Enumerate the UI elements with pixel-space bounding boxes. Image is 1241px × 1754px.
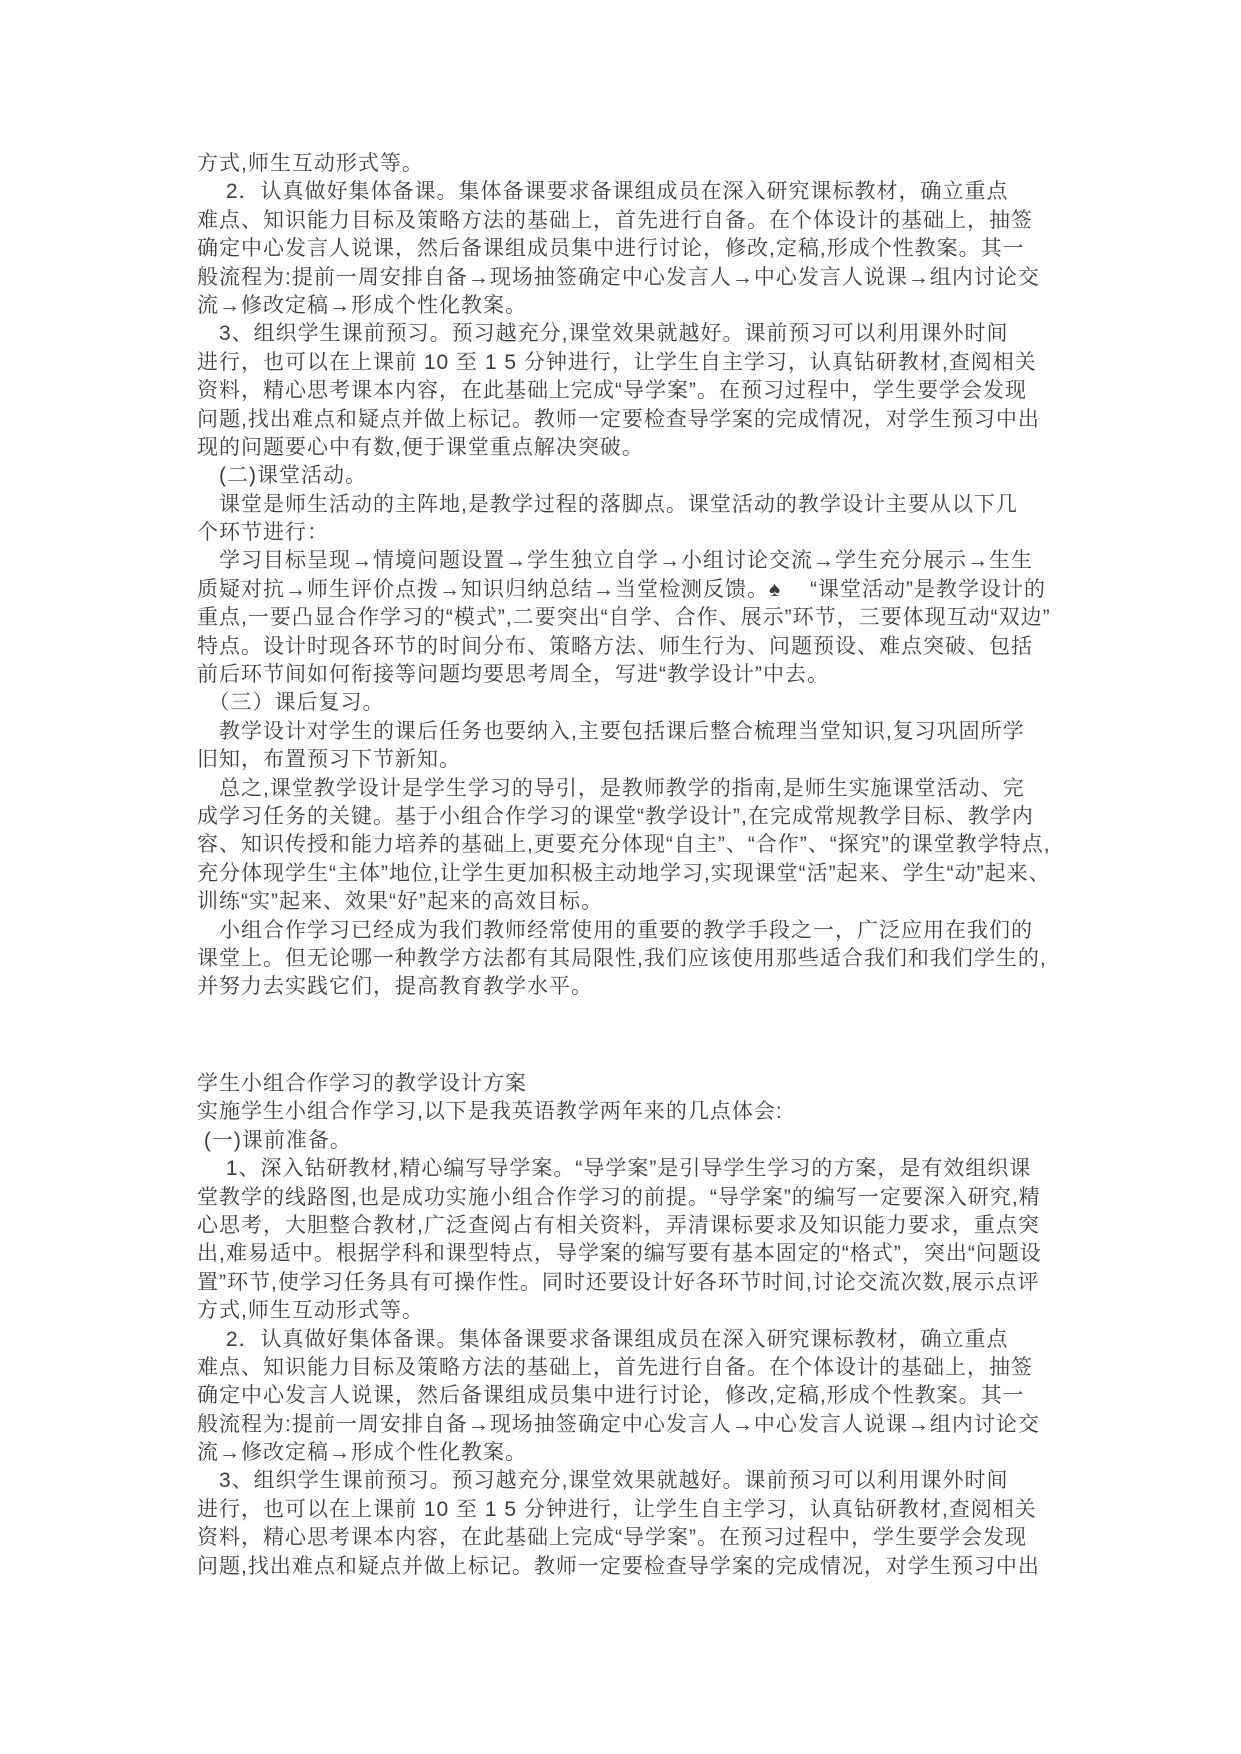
text-line: 教学设计对学生的课后任务也要纳入,主要包括课后整合梳理当堂知识,复习巩固所学 — [197, 718, 1097, 746]
text-line: 质疑对抗→师生评价点拨→知识归纳总结→当堂检测反馈。♠ “课堂活动”是教学设计的 — [197, 576, 1097, 604]
text-line: (二)课堂活动。 — [197, 462, 1097, 490]
text-line: 堂教学的线路图,也是成功实施小组合作学习的前提。“导学案”的编写一定要深入研究,… — [197, 1184, 1097, 1212]
text-line: 小组合作学习已经成为我们教师经常使用的重要的教学手段之一，广泛应用在我们的 — [197, 917, 1097, 945]
text-line: 总之,课堂教学设计是学生学习的导引，是教师教学的指南,是师生实施课堂活动、完 — [197, 775, 1097, 803]
text-line: 课堂是师生活动的主阵地,是教学过程的落脚点。课堂活动的教学设计主要从以下几 — [197, 491, 1097, 519]
text-line: 进行，也可以在上课前 10 至 1 5 分钟进行，让学生自主学习，认真钻研教材,… — [197, 349, 1097, 377]
text-line: 置”环节,使学习任务具有可操作性。同时还要设计好各环节时间,讨论交流次数,展示点… — [197, 1269, 1097, 1297]
text-line: 学生小组合作学习的教学设计方案 — [197, 1070, 1097, 1098]
text-line: 训练“实”起来、效果“好”起来的高效目标。 — [197, 888, 1097, 916]
document-page: 方式,师生互动形式等。 2．认真做好集体备课。集体备课要求备课组成员在深入研究课… — [0, 0, 1241, 1754]
text-line: 个环节进行： — [197, 519, 1097, 547]
text-line: (一)课前准备。 — [197, 1127, 1097, 1155]
text-line: 3、组织学生课前预习。预习越充分,课堂效果就越好。课前预习可以利用课外时间 — [197, 320, 1097, 348]
text-line: 3、组织学生课前预习。预习越充分,课堂效果就越好。课前预习可以利用课外时间 — [197, 1467, 1097, 1495]
text-line: 实施学生小组合作学习,以下是我英语教学两年来的几点体会: — [197, 1098, 1097, 1126]
text-line: 难点、知识能力目标及策略方法的基础上，首先进行自备。在个体设计的基础上，抽签 — [197, 207, 1097, 235]
text-line: 前后环节间如何衔接等问题均要思考周全，写进“教学设计”中去。 — [197, 661, 1097, 689]
text-line: 流→修改定稿→形成个性化教案。 — [197, 1439, 1097, 1467]
text-line: 般流程为:提前一周安排自备→现场抽签确定中心发言人→中心发言人说课→组内讨论交 — [197, 264, 1097, 292]
text-line: 并努力去实践它们，提高教育教学水平。 — [197, 973, 1097, 1001]
text-line: 2．认真做好集体备课。集体备课要求备课组成员在深入研究课标教材，确立重点 — [197, 1326, 1097, 1354]
text-line: 心思考，大胆整合教材,广泛查阅占有相关资料，弄清课标要求及知识能力要求，重点突 — [197, 1212, 1097, 1240]
text-line: 旧知，布置预习下节新知。 — [197, 746, 1097, 774]
text-line: 方式,师生互动形式等。 — [197, 1297, 1097, 1325]
text-line: 重点,一要凸显合作学习的“模式”,二要突出“自学、合作、展示”环节，三要体现互动… — [197, 604, 1097, 632]
text-line: 进行，也可以在上课前 10 至 1 5 分钟进行，让学生自主学习，认真钻研教材,… — [197, 1496, 1097, 1524]
text-line: 成学习任务的关键。基于小组合作学习的课堂“教学设计”,在完成常规教学目标、教学内 — [197, 803, 1097, 831]
text-line: 资料，精心思考课本内容，在此基础上完成“导学案”。在预习过程中，学生要学会发现 — [197, 377, 1097, 405]
text-line: 确定中心发言人说课，然后备课组成员集中进行讨论，修改,定稿,形成个性教案。其一 — [197, 235, 1097, 263]
document-section-upper: 方式,师生互动形式等。 2．认真做好集体备课。集体备课要求备课组成员在深入研究课… — [197, 150, 1097, 1002]
text-line: 资料，精心思考课本内容，在此基础上完成“导学案”。在预习过程中，学生要学会发现 — [197, 1524, 1097, 1552]
text-line: 课堂上。但无论哪一种教学方法都有其局限性,我们应该使用那些适合我们和我们学生的, — [197, 945, 1097, 973]
text-line: 充分体现学生“主体”地位,让学生更加积极主动地学习,实现课堂“活”起来、学生“动… — [197, 860, 1097, 888]
text-line: 1、深入钻研教材,精心编写导学案。“导学案”是引导学生学习的方案，是有效组织课 — [197, 1155, 1097, 1183]
text-line: 现的问题要心中有数,便于课堂重点解决突破。 — [197, 434, 1097, 462]
text-line: （三）课后复习。 — [197, 689, 1097, 717]
text-line: 学习目标呈现→情境问题设置→学生独立自学→小组讨论交流→学生充分展示→生生 — [197, 547, 1097, 575]
text-line: 流→修改定稿→形成个性化教案。 — [197, 292, 1097, 320]
text-line: 问题,找出难点和疑点并做上标记。教师一定要检查导学案的完成情况，对学生预习中出 — [197, 1553, 1097, 1581]
text-line: 容、知识传授和能力培养的基础上,更要充分体现“自主”、“合作”、“探究”的课堂教… — [197, 831, 1097, 859]
text-line: 确定中心发言人说课，然后备课组成员集中进行讨论，修改,定稿,形成个性教案。其一 — [197, 1382, 1097, 1410]
text-line: 问题,找出难点和疑点并做上标记。教师一定要检查导学案的完成情况，对学生预习中出 — [197, 406, 1097, 434]
text-line: 特点。设计时现各环节的时间分布、策略方法、师生行为、问题预设、难点突破、包括 — [197, 633, 1097, 661]
text-line: 般流程为:提前一周安排自备→现场抽签确定中心发言人→中心发言人说课→组内讨论交 — [197, 1411, 1097, 1439]
text-line: 出,难易适中。根据学科和课型特点，导学案的编写要有基本固定的“格式”，突出“问题… — [197, 1240, 1097, 1268]
text-line: 2．认真做好集体备课。集体备课要求备课组成员在深入研究课标教材，确立重点 — [197, 178, 1097, 206]
document-section-lower: 学生小组合作学习的教学设计方案实施学生小组合作学习,以下是我英语教学两年来的几点… — [197, 1070, 1097, 1581]
text-line: 方式,师生互动形式等。 — [197, 150, 1097, 178]
text-line: 难点、知识能力目标及策略方法的基础上，首先进行自备。在个体设计的基础上，抽签 — [197, 1354, 1097, 1382]
